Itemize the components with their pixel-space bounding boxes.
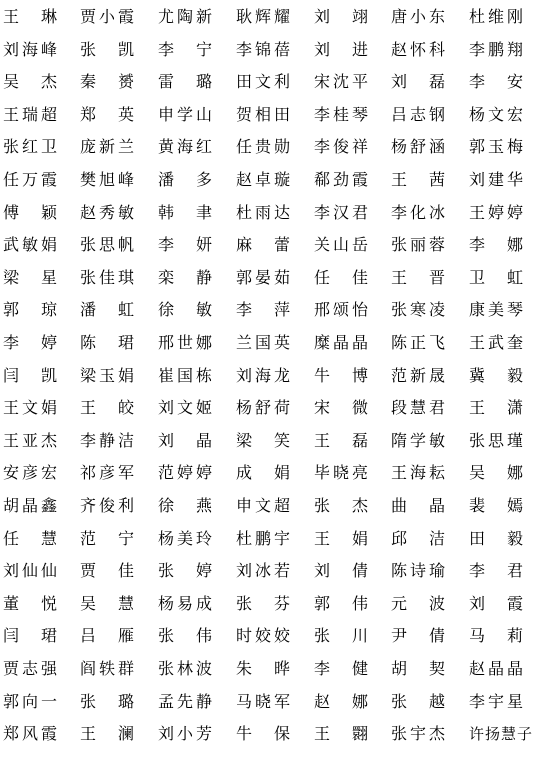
name-entry: 陈珺 bbox=[80, 331, 134, 355]
name-entry: 李君 bbox=[469, 559, 523, 583]
name-entry: 唐小东 bbox=[391, 5, 445, 29]
name-row: 董悦吴慧杨易成张芬郭伟元波刘霞 bbox=[0, 592, 533, 616]
name-entry: 张寒凌 bbox=[391, 298, 445, 322]
name-entry: 范宁 bbox=[80, 527, 134, 551]
name-entry: 刘仙仙 bbox=[3, 559, 57, 583]
name-entry: 邢颂怡 bbox=[314, 298, 368, 322]
name-entry: 刘文姬 bbox=[158, 396, 212, 420]
name-entry: 胡晶鑫 bbox=[3, 494, 57, 518]
name-entry: 董悦 bbox=[3, 592, 57, 616]
name-entry: 赵秀敏 bbox=[80, 201, 134, 225]
name-entry: 庞新兰 bbox=[80, 135, 134, 159]
name-entry: 胡契 bbox=[391, 657, 445, 681]
name-row: 闫珺吕雁张伟时姣姣张川尹倩马莉 bbox=[0, 624, 533, 648]
name-entry: 黄海红 bbox=[158, 135, 212, 159]
name-entry: 李静洁 bbox=[80, 429, 134, 453]
name-entry: 冀毅 bbox=[469, 364, 523, 388]
name-entry: 王潇 bbox=[469, 396, 523, 420]
name-entry: 张红卫 bbox=[3, 135, 57, 159]
name-entry: 潘多 bbox=[158, 168, 212, 192]
name-entry: 王澜 bbox=[80, 722, 134, 746]
name-entry: 李健 bbox=[314, 657, 368, 681]
name-row: 任万霞樊旭峰潘多赵卓璇郗劲霞王茜刘建华 bbox=[0, 168, 533, 192]
name-entry: 王瑞超 bbox=[3, 103, 57, 127]
name-entry: 张林波 bbox=[158, 657, 212, 681]
name-entry: 杜鹏宇 bbox=[236, 527, 290, 551]
name-entry: 张宇杰 bbox=[391, 722, 445, 746]
name-entry: 王磊 bbox=[314, 429, 368, 453]
name-row: 吴杰秦赟雷璐田文利宋沈平刘磊李安 bbox=[0, 70, 533, 94]
name-entry: 吕志钢 bbox=[391, 103, 445, 127]
name-row: 贾志强阎轶群张林波朱晔李健胡契赵晶晶 bbox=[0, 657, 533, 681]
name-entry: 糜晶晶 bbox=[314, 331, 368, 355]
name-entry: 王皎 bbox=[80, 396, 134, 420]
name-entry: 闫珺 bbox=[3, 624, 57, 648]
name-entry: 李宇星 bbox=[469, 690, 523, 714]
name-entry: 李化冰 bbox=[391, 201, 445, 225]
name-entry: 贾志强 bbox=[3, 657, 57, 681]
name-entry: 潘虹 bbox=[80, 298, 134, 322]
name-entry: 兰国英 bbox=[236, 331, 290, 355]
name-entry: 李汉君 bbox=[314, 201, 368, 225]
name-entry: 刘海龙 bbox=[236, 364, 290, 388]
name-entry: 贾小霞 bbox=[80, 5, 134, 29]
name-entry: 刘海峰 bbox=[3, 38, 57, 62]
name-entry: 李安 bbox=[469, 70, 523, 94]
name-entry: 安彦宏 bbox=[3, 461, 57, 485]
name-entry: 张思瑾 bbox=[469, 429, 523, 453]
name-entry: 樊旭峰 bbox=[80, 168, 134, 192]
name-row: 李婷陈珺邢世娜兰国英糜晶晶陈正飞王武奎 bbox=[0, 331, 533, 355]
name-entry: 赵娜 bbox=[314, 690, 368, 714]
name-entry: 李宁 bbox=[158, 38, 212, 62]
name-entry: 牛博 bbox=[314, 364, 368, 388]
name-entry: 张芬 bbox=[236, 592, 290, 616]
name-entry: 范新晟 bbox=[391, 364, 445, 388]
name-entry: 邢世娜 bbox=[158, 331, 212, 355]
name-entry: 郑英 bbox=[80, 103, 134, 127]
name-entry: 杜维刚 bbox=[469, 5, 523, 29]
name-entry: 王娟 bbox=[314, 527, 368, 551]
name-entry: 张婷 bbox=[158, 559, 212, 583]
name-entry: 张丽蓉 bbox=[391, 233, 445, 257]
name-entry: 栾静 bbox=[158, 266, 212, 290]
name-entry: 田毅 bbox=[469, 527, 523, 551]
name-entry: 马晓军 bbox=[236, 690, 290, 714]
name-row: 张红卫庞新兰黄海红任贵勋李俊祥杨舒涵郭玉梅 bbox=[0, 135, 533, 159]
name-entry: 郭琼 bbox=[3, 298, 57, 322]
name-entry: 赵卓璇 bbox=[236, 168, 290, 192]
name-entry: 秦赟 bbox=[80, 70, 134, 94]
name-entry: 贺相田 bbox=[236, 103, 290, 127]
name-entry: 元波 bbox=[391, 592, 445, 616]
name-entry: 祁彦军 bbox=[80, 461, 134, 485]
name-entry: 傅颖 bbox=[3, 201, 57, 225]
name-entry: 任贵勋 bbox=[236, 135, 290, 159]
name-entry: 张思帆 bbox=[80, 233, 134, 257]
name-entry: 田文利 bbox=[236, 70, 290, 94]
name-entry: 朱晔 bbox=[236, 657, 290, 681]
name-entry: 韩聿 bbox=[158, 201, 212, 225]
name-entry: 李鹏翔 bbox=[469, 38, 523, 62]
name-entry: 郭玉梅 bbox=[469, 135, 523, 159]
name-entry: 王琳 bbox=[3, 5, 57, 29]
name-entry: 关山岳 bbox=[314, 233, 368, 257]
name-entry: 刘冰若 bbox=[236, 559, 290, 583]
name-entry: 吴娜 bbox=[469, 461, 523, 485]
name-entry: 裴嫣 bbox=[469, 494, 523, 518]
name-entry: 曲晶 bbox=[391, 494, 445, 518]
name-entry: 耿辉耀 bbox=[236, 5, 290, 29]
name-entry: 王翾 bbox=[314, 722, 368, 746]
name-entry: 梁笑 bbox=[236, 429, 290, 453]
name-row: 王瑞超郑英申学山贺相田李桂琴吕志钢杨文宏 bbox=[0, 103, 533, 127]
name-entry: 刘磊 bbox=[391, 70, 445, 94]
name-entry: 阎轶群 bbox=[80, 657, 134, 681]
name-entry: 王海耘 bbox=[391, 461, 445, 485]
name-entry: 麻蕾 bbox=[236, 233, 290, 257]
name-entry: 吴杰 bbox=[3, 70, 57, 94]
name-entry: 任佳 bbox=[314, 266, 368, 290]
name-entry: 刘小芳 bbox=[158, 722, 212, 746]
name-entry: 隋学敏 bbox=[391, 429, 445, 453]
name-entry: 张杰 bbox=[314, 494, 368, 518]
name-entry: 赵怀科 bbox=[391, 38, 445, 62]
name-entry: 申文超 bbox=[236, 494, 290, 518]
name-entry: 尹倩 bbox=[391, 624, 445, 648]
name-entry: 刘建华 bbox=[469, 168, 523, 192]
name-entry: 郭向一 bbox=[3, 690, 57, 714]
name-entry: 王婷婷 bbox=[469, 201, 523, 225]
name-row: 郑风霞王澜刘小芳牛保王翾张宇杰许扬慧子 bbox=[0, 722, 533, 746]
name-row: 王文娟王皎刘文姬杨舒荷宋微段慧君王潇 bbox=[0, 396, 533, 420]
name-entry: 马莉 bbox=[469, 624, 523, 648]
name-entry: 王文娟 bbox=[3, 396, 57, 420]
name-entry: 申学山 bbox=[158, 103, 212, 127]
name-row: 傅颖赵秀敏韩聿杜雨达李汉君李化冰王婷婷 bbox=[0, 201, 533, 225]
name-entry: 徐敏 bbox=[158, 298, 212, 322]
name-entry: 刘进 bbox=[314, 38, 368, 62]
name-entry: 任万霞 bbox=[3, 168, 57, 192]
name-entry: 吴慧 bbox=[80, 592, 134, 616]
name-entry: 孟先静 bbox=[158, 690, 212, 714]
name-entry: 时姣姣 bbox=[236, 624, 290, 648]
name-entry: 尤陶新 bbox=[158, 5, 212, 29]
name-entry: 张璐 bbox=[80, 690, 134, 714]
name-entry: 成娟 bbox=[236, 461, 290, 485]
name-entry: 王晋 bbox=[391, 266, 445, 290]
name-entry: 杨舒涵 bbox=[391, 135, 445, 159]
name-entry: 杨文宏 bbox=[469, 103, 523, 127]
name-entry: 张越 bbox=[391, 690, 445, 714]
name-entry: 雷璐 bbox=[158, 70, 212, 94]
name-row: 梁星张佳琪栾静郭晏茹任佳王晋卫虹 bbox=[0, 266, 533, 290]
name-entry: 杨美玲 bbox=[158, 527, 212, 551]
name-entry: 梁玉娟 bbox=[80, 364, 134, 388]
name-entry: 杨易成 bbox=[158, 592, 212, 616]
name-entry: 毕晓亮 bbox=[314, 461, 368, 485]
name-entry: 梁星 bbox=[3, 266, 57, 290]
name-entry: 李桂琴 bbox=[314, 103, 368, 127]
name-row: 王亚杰李静洁刘晶梁笑王磊隋学敏张思瑾 bbox=[0, 429, 533, 453]
name-entry: 宋沈平 bbox=[314, 70, 368, 94]
name-row: 任慧范宁杨美玲杜鹏宇王娟邱洁田毅 bbox=[0, 527, 533, 551]
name-entry: 王武奎 bbox=[469, 331, 523, 355]
name-entry: 许扬慧子 bbox=[469, 722, 531, 746]
name-entry: 段慧君 bbox=[391, 396, 445, 420]
name-entry: 郑风霞 bbox=[3, 722, 57, 746]
name-entry: 张伟 bbox=[158, 624, 212, 648]
name-row: 胡晶鑫齐俊利徐燕申文超张杰曲晶裴嫣 bbox=[0, 494, 533, 518]
name-entry: 牛保 bbox=[236, 722, 290, 746]
name-entry: 康美琴 bbox=[469, 298, 523, 322]
name-entry: 邱洁 bbox=[391, 527, 445, 551]
name-entry: 李婷 bbox=[3, 331, 57, 355]
name-entry: 张川 bbox=[314, 624, 368, 648]
name-entry: 刘倩 bbox=[314, 559, 368, 583]
name-entry: 王茜 bbox=[391, 168, 445, 192]
name-entry: 崔国栋 bbox=[158, 364, 212, 388]
name-entry: 杜雨达 bbox=[236, 201, 290, 225]
name-row: 闫凯梁玉娟崔国栋刘海龙牛博范新晟冀毅 bbox=[0, 364, 533, 388]
name-entry: 武敏娟 bbox=[3, 233, 57, 257]
name-entry: 范婷婷 bbox=[158, 461, 212, 485]
name-entry: 卫虹 bbox=[469, 266, 523, 290]
name-entry: 李妍 bbox=[158, 233, 212, 257]
name-entry: 任慧 bbox=[3, 527, 57, 551]
name-row: 武敏娟张思帆李妍麻蕾关山岳张丽蓉李娜 bbox=[0, 233, 533, 257]
name-entry: 杨舒荷 bbox=[236, 396, 290, 420]
name-entry: 郗劲霞 bbox=[314, 168, 368, 192]
name-entry: 王亚杰 bbox=[3, 429, 57, 453]
name-entry: 闫凯 bbox=[3, 364, 57, 388]
name-row: 王琳贾小霞尤陶新耿辉耀刘翊唐小东杜维刚 bbox=[0, 5, 533, 29]
name-entry: 张佳琪 bbox=[80, 266, 134, 290]
name-entry: 陈诗瑜 bbox=[391, 559, 445, 583]
name-entry: 郭晏茹 bbox=[236, 266, 290, 290]
name-entry: 贾佳 bbox=[80, 559, 134, 583]
name-entry: 郭伟 bbox=[314, 592, 368, 616]
name-entry: 吕雁 bbox=[80, 624, 134, 648]
name-entry: 齐俊利 bbox=[80, 494, 134, 518]
name-row: 刘海峰张凯李宁李锦蓓刘进赵怀科李鹏翔 bbox=[0, 38, 533, 62]
name-row: 安彦宏祁彦军范婷婷成娟毕晓亮王海耘吴娜 bbox=[0, 461, 533, 485]
name-entry: 赵晶晶 bbox=[469, 657, 523, 681]
name-entry: 刘晶 bbox=[158, 429, 212, 453]
name-entry: 刘翊 bbox=[314, 5, 368, 29]
name-row: 郭向一张璐孟先静马晓军赵娜张越李宇星 bbox=[0, 690, 533, 714]
name-entry: 陈正飞 bbox=[391, 331, 445, 355]
name-row: 刘仙仙贾佳张婷刘冰若刘倩陈诗瑜李君 bbox=[0, 559, 533, 583]
name-entry: 张凯 bbox=[80, 38, 134, 62]
name-entry: 李俊祥 bbox=[314, 135, 368, 159]
name-row: 郭琼潘虹徐敏李萍邢颂怡张寒凌康美琴 bbox=[0, 298, 533, 322]
name-entry: 李娜 bbox=[469, 233, 523, 257]
name-entry: 刘霞 bbox=[469, 592, 523, 616]
name-list-grid: 王琳贾小霞尤陶新耿辉耀刘翊唐小东杜维刚刘海峰张凯李宁李锦蓓刘进赵怀科李鹏翔吴杰秦… bbox=[0, 0, 533, 767]
name-entry: 李锦蓓 bbox=[236, 38, 290, 62]
name-entry: 宋微 bbox=[314, 396, 368, 420]
name-entry: 徐燕 bbox=[158, 494, 212, 518]
name-entry: 李萍 bbox=[236, 298, 290, 322]
